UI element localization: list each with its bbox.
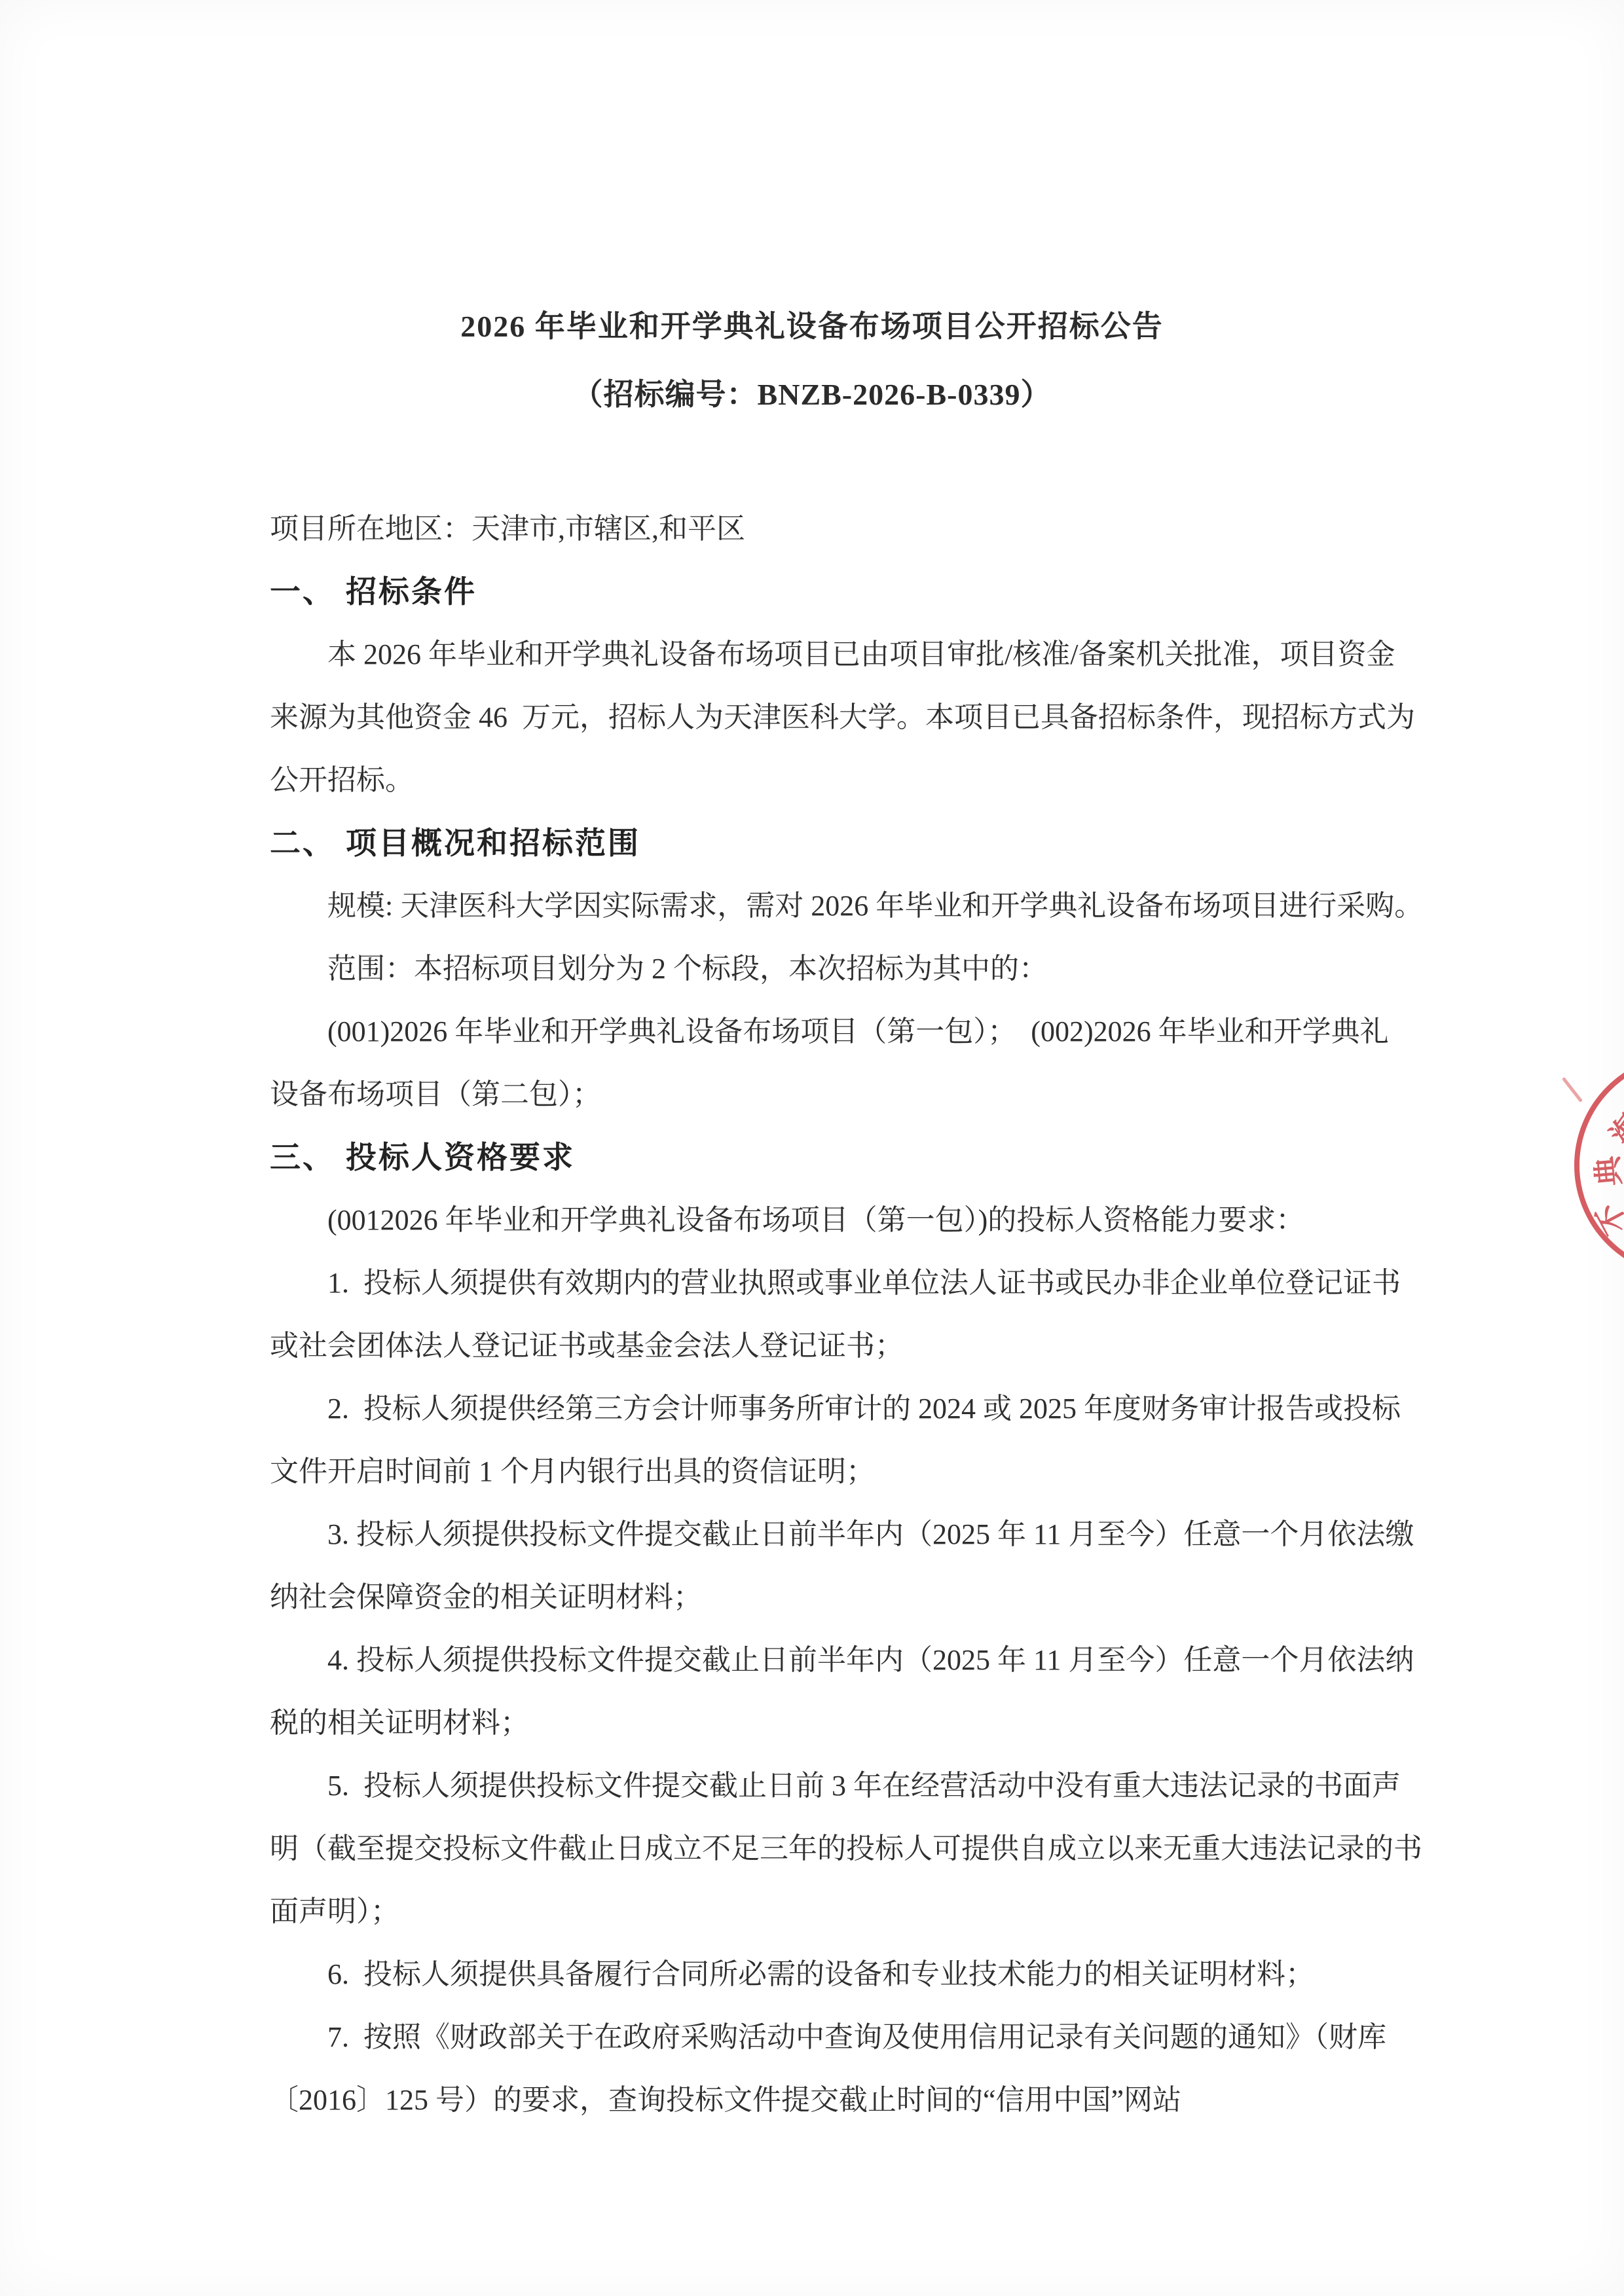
- doc-line: (0012026 年毕业和开学典礼设备布场项目（第一包）)的投标人资格能力要求：: [270, 1189, 1361, 1252]
- document-page: 2026 年毕业和开学典礼设备布场项目公开招标公告 （招标编号：BNZB-202…: [0, 0, 1624, 2296]
- doc-line: 7. 按照《财政部关于在政府采购活动中查询及使用信用记录有关问题的通知》（财库: [270, 2006, 1361, 2069]
- seal-ring-icon: [1574, 1054, 1624, 1277]
- section-heading-3: 三、 投标人资格要求: [270, 1126, 1361, 1189]
- doc-line: 来源为其他资金 46 万元，招标人为天津医科大学。本项目已具备招标条件，现招标方…: [270, 686, 1361, 749]
- section-heading-1: 一、 招标条件: [270, 560, 1361, 623]
- doc-line: (001)2026 年毕业和开学典礼设备布场项目（第一包）； (002)2026…: [270, 1000, 1361, 1063]
- doc-line: 纳社会保障资金的相关证明材料；: [270, 1566, 1361, 1629]
- doc-line: 规模: 天津医科大学因实际需求，需对 2026 年毕业和开学典礼设备布场项目进行…: [270, 875, 1361, 938]
- official-seal-stamp: 海 典 不: [1574, 1054, 1624, 1287]
- doc-line: 或社会团体法人登记证书或基金会法人登记证书；: [270, 1315, 1361, 1377]
- doc-line: 2. 投标人须提供经第三方会计师事务所审计的 2024 或 2025 年度财务审…: [270, 1377, 1361, 1440]
- doc-line: 4. 投标人须提供投标文件提交截止日前半年内（2025 年 11 月至今）任意一…: [270, 1629, 1361, 1692]
- doc-line: 税的相关证明材料；: [270, 1692, 1361, 1755]
- section-heading-2: 二、 项目概况和招标范围: [270, 812, 1361, 875]
- seal-partial-character: 典: [1583, 1154, 1624, 1188]
- seal-mark-stroke: [1562, 1077, 1583, 1102]
- doc-line: 文件开启时间前 1 个月内银行出具的资信证明；: [270, 1440, 1361, 1503]
- doc-line: 面声明）；: [270, 1880, 1361, 1943]
- doc-line: 1. 投标人须提供有效期内的营业执照或事业单位法人证书或民办非企业单位登记证书: [270, 1252, 1361, 1315]
- project-location-line: 项目所在地区：天津市,市辖区,和平区: [270, 498, 1361, 560]
- doc-line: 范围：本招标项目划分为 2 个标段，本次招标为其中的：: [270, 938, 1361, 1000]
- seal-partial-character: 不: [1584, 1196, 1624, 1243]
- tender-number: （招标编号：BNZB-2026-B-0339）: [0, 371, 1624, 414]
- doc-line: 明（截至提交投标文件截止日成立不足三年的投标人可提供自成立以来无重大违法记录的书: [270, 1817, 1361, 1880]
- document-title: 2026 年毕业和开学典礼设备布场项目公开招标公告: [0, 302, 1624, 346]
- doc-line: 本 2026 年毕业和开学典礼设备布场项目已由项目审批/核准/备案机关批准，项目…: [270, 623, 1361, 686]
- seal-partial-character: 海: [1598, 1103, 1624, 1153]
- doc-line: 〔2016〕125 号）的要求，查询投标文件提交截止时间的“信用中国”网站: [270, 2069, 1361, 2132]
- doc-line: 3. 投标人须提供投标文件提交截止日前半年内（2025 年 11 月至今）任意一…: [270, 1503, 1361, 1566]
- doc-line: 5. 投标人须提供投标文件提交截止日前 3 年在经营活动中没有重大违法记录的书面…: [270, 1755, 1361, 1817]
- doc-line: 设备布场项目（第二包）；: [270, 1063, 1361, 1126]
- document-body: 项目所在地区：天津市,市辖区,和平区 一、 招标条件 本 2026 年毕业和开学…: [270, 498, 1361, 2132]
- doc-line: 6. 投标人须提供具备履行合同所必需的设备和专业技术能力的相关证明材料；: [270, 1943, 1361, 2006]
- doc-line: 公开招标。: [270, 749, 1361, 812]
